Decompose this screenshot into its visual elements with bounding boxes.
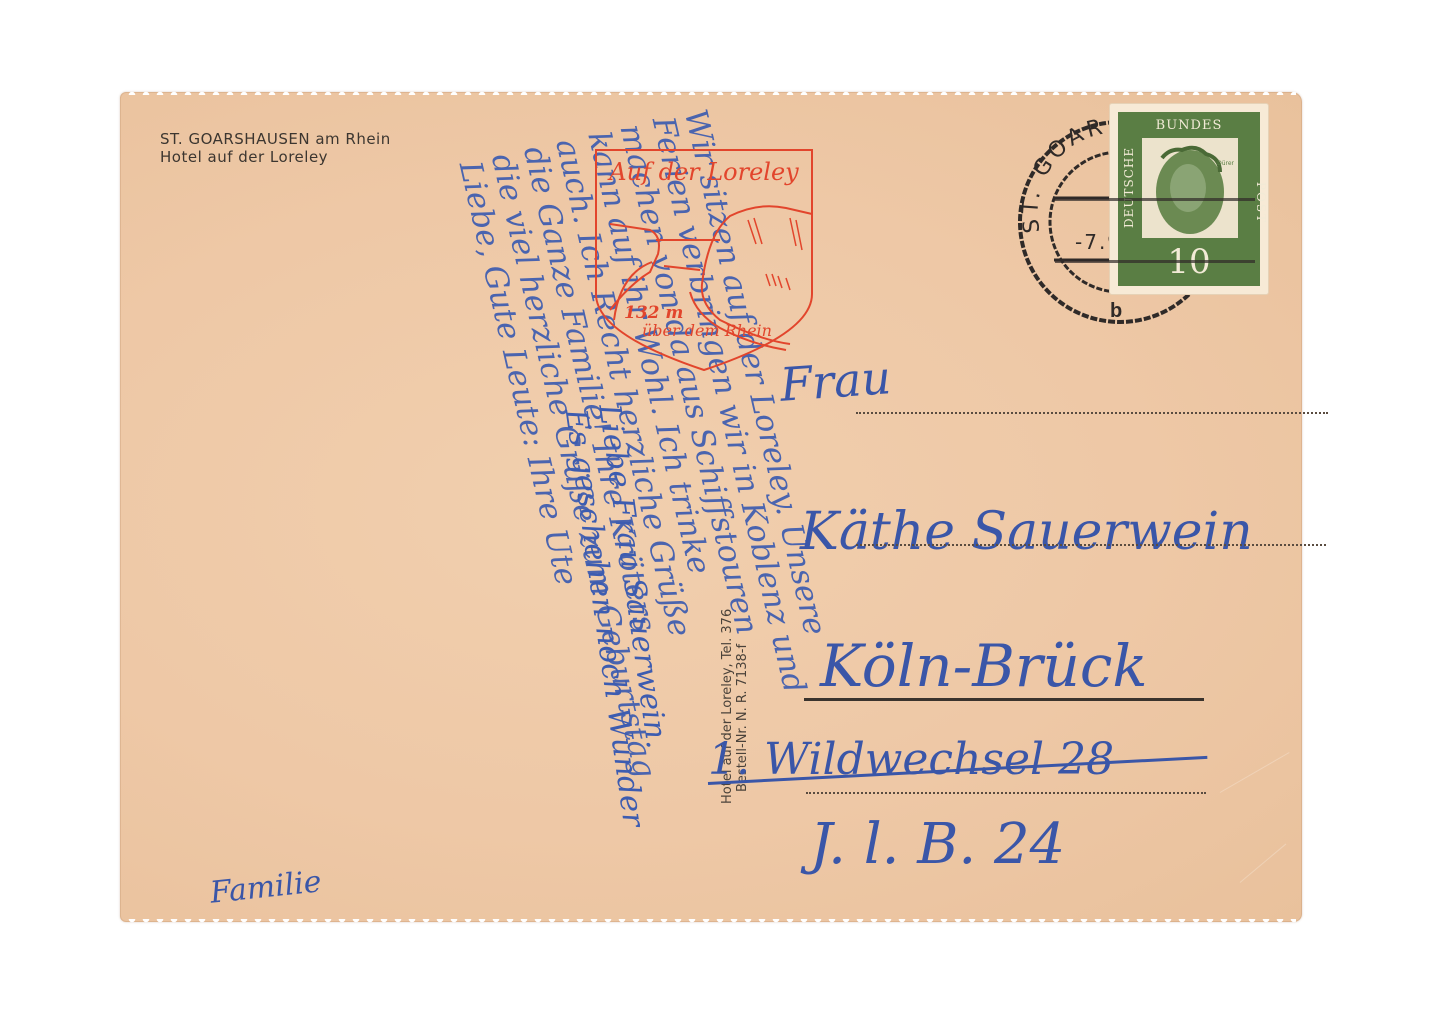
caption-location: ST. GOARSHAUSEN am Rhein bbox=[160, 130, 391, 148]
address-street-struck: 1. Wildwechsel 28 bbox=[708, 734, 1114, 785]
address-salutation: Frau bbox=[778, 350, 892, 412]
forwarding-note: J. l. B. 24 bbox=[810, 812, 1065, 877]
address-line-2 bbox=[856, 544, 1326, 546]
cachet-title: Auf der Loreley bbox=[590, 158, 818, 186]
svg-text:ST. GOAR: ST. GOAR bbox=[1018, 114, 1109, 235]
portrait-icon bbox=[1142, 138, 1238, 238]
address-line-1 bbox=[856, 412, 1328, 414]
postmark-overlay-line bbox=[1055, 198, 1255, 201]
stamp-top-text: BUNDES bbox=[1118, 118, 1260, 133]
cachet-altitude: 132 m über dem Rhein bbox=[624, 304, 772, 340]
stamp-right-text: POST bbox=[1254, 182, 1268, 224]
loreley-cachet: Auf der Loreley 132 m über dem Rhein bbox=[590, 144, 818, 372]
stamp-portrait: Dürer bbox=[1142, 138, 1238, 238]
printed-caption: ST. GOARSHAUSEN am Rhein Hotel auf der L… bbox=[160, 130, 391, 166]
crease bbox=[1220, 752, 1290, 793]
address-name: Käthe Sauerwein bbox=[800, 502, 1253, 562]
postcard: ST. GOARSHAUSEN am Rhein Hotel auf der L… bbox=[120, 92, 1302, 922]
altitude-caption: über dem Rhein bbox=[624, 322, 772, 340]
crease bbox=[1240, 844, 1287, 883]
address-line-3 bbox=[804, 698, 1204, 701]
address-city: Köln-Brück bbox=[820, 632, 1148, 700]
postmark-place: ST. GOAR bbox=[1018, 114, 1109, 235]
signature: Familie bbox=[208, 864, 323, 910]
stamp-artist: Dürer bbox=[1217, 160, 1234, 167]
caption-hotel: Hotel auf der Loreley bbox=[160, 148, 391, 166]
altitude-value: 132 m bbox=[624, 304, 772, 322]
stamp-left-text: DEUTSCHE bbox=[1122, 147, 1136, 228]
address-line-4 bbox=[806, 792, 1206, 794]
postmark-code: b bbox=[1110, 300, 1122, 323]
postmark-overlay-line bbox=[1055, 260, 1255, 263]
